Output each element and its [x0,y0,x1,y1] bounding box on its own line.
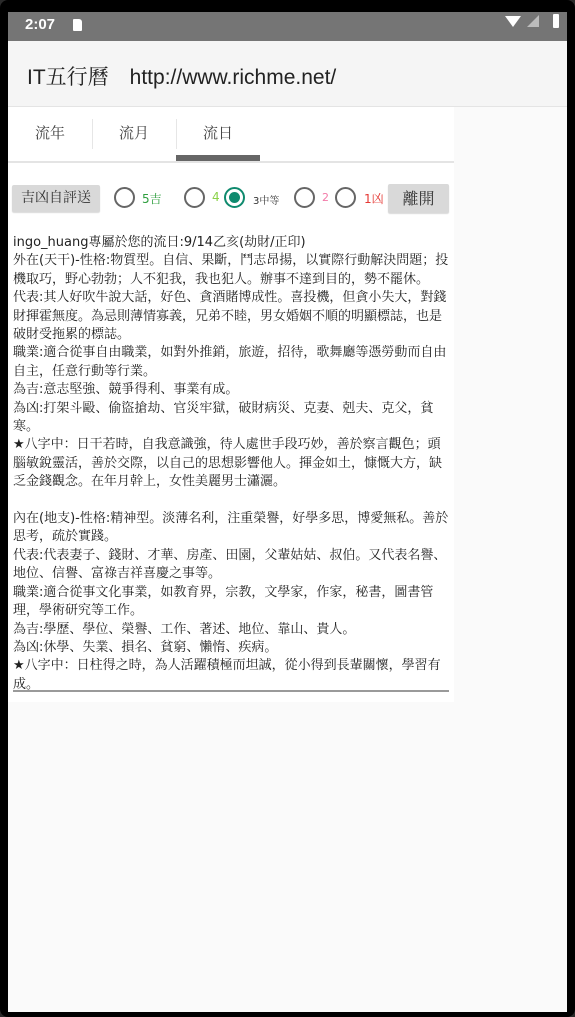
sd-card-icon [73,19,82,31]
outer-career: 職業:適合從事自由職業，如對外推銷，旅遊，招待，歌舞廳等憑勞動而自由自主，任意行… [13,344,451,381]
exit-button[interactable]: 離開 [388,184,449,213]
reading-header: ingo_huang專屬於您的流日:9/14乙亥(劫財/正印) [13,234,451,252]
rating-5-radio[interactable] [114,187,135,208]
reading-text[interactable]: ingo_huang專屬於您的流日:9/14乙亥(劫財/正印) 外在(天干)-性… [13,234,451,690]
outer-auspicious: 為吉:意志堅強、競爭得利、事業有成。 [13,381,451,399]
inner-personality: 內在(地支)-性格:精神型。淡薄名利，注重榮譽，好學多思，博愛無私。善於思考，疏… [13,510,451,547]
status-time: 2:07 [25,16,55,33]
signal-icon [527,15,539,27]
rating-4-radio[interactable] [184,187,205,208]
rating-1-radio[interactable] [335,187,356,208]
submit-rating-button[interactable]: 吉凶自評送 [12,185,100,212]
outer-bazi-note: ★八字中：日干若時，自我意識強，待人處世手段巧妙，善於察言觀色；頭腦敏銳靈活，善… [13,436,451,491]
content-panel: 流年 流月 流日 吉凶自評送 5吉 4 3中等 2 1凶 [8,107,454,702]
rating-2-label[interactable]: 2 [322,191,329,204]
tab-bar: 流年 流月 流日 [8,107,454,163]
tab-daily[interactable]: 流日 [176,107,260,159]
wifi-icon [505,16,521,27]
inner-career: 職業:適合從事文化事業，如教育界，宗教，文學家，作家，秘書，圖書管理，學術研究等… [13,584,451,621]
app-title: IT五行曆 http://www.richme.net/ [27,61,336,91]
inner-bazi-note: ★八字中：日柱得之時，為人活躍積極而坦誠，從小得到長輩關懷，學習有成。 [13,657,451,690]
rating-2-radio[interactable] [294,187,315,208]
rating-5-label[interactable]: 5吉 [142,190,162,207]
app-bar: IT五行曆 http://www.richme.net/ [8,41,567,107]
rating-1-label[interactable]: 1凶 [364,190,384,207]
tab-monthly[interactable]: 流月 [92,107,176,159]
battery-icon [553,14,559,28]
inner-represents: 代表:代表妻子、錢財、才華、房產、田園，父輩姑姑、叔伯。又代表名譽、地位、信譽、… [13,547,451,584]
rating-4-label[interactable]: 4 [212,190,220,204]
scroll-edge-indicator [13,690,449,692]
tab-bar-divider [8,161,454,163]
rating-3-label[interactable]: 3中等 [253,192,279,207]
status-bar: 2:07 [8,12,567,41]
tab-yearly[interactable]: 流年 [8,107,92,159]
outer-personality: 外在(天干)-性格:物質型。自信、果斷，鬥志昂揚，以實際行動解決問題；投機取巧，… [13,252,451,289]
outer-represents: 代表:其人好吹牛說大話，好色、貪酒賭博成性。喜投機，但貪小失大，對錢財揮霍無度。… [13,289,451,344]
screen: 2:07 IT五行曆 http://www.richme.net/ 流年 流月 … [8,12,567,1012]
inner-auspicious: 為吉:學歷、學位、榮譽、工作、著述、地位、靠山、貴人。 [13,621,451,639]
outer-inauspicious: 為凶:打架斗毆、偷盜搶劫、官災牢獄，破財病災、克妻、剋夫、克父，貧寒。 [13,400,451,437]
device-frame: 2:07 IT五行曆 http://www.richme.net/ 流年 流月 … [0,0,575,1017]
rating-toolbar: 吉凶自評送 5吉 4 3中等 2 1凶 離開 [8,182,454,212]
inner-inauspicious: 為凶:休學、失業、損名、貧窮、懶惰、疾病。 [13,639,451,657]
paragraph-spacer [13,492,451,510]
rating-3-radio[interactable] [224,187,245,208]
